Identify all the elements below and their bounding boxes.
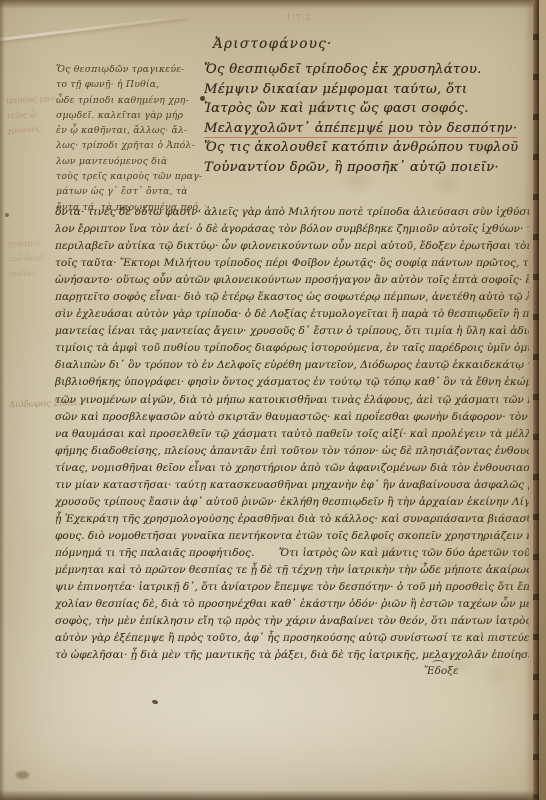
scholia-line: ψιν ἐπινοητέα· ἰατρικῇ δ᾽, ὅτι ἀνίατρον … <box>55 579 529 596</box>
scholia-line: μαντείας ἰέναι τὰς μαντείας ἄγειν· χρυσο… <box>55 323 529 340</box>
page-bottom-edge <box>0 790 546 800</box>
scholia-line: πόμνημά τι τῆς παλαιᾶς προφήτιδος. Ὅτι ἰ… <box>55 545 529 562</box>
ink-speck <box>151 699 158 705</box>
page-left-edge <box>0 0 5 800</box>
scholia-line: μέμνηται καὶ τὸ πρῶτον θεσπίας τε ᾗ δὲ τ… <box>55 562 529 579</box>
faded-red-marginalia-mid: χρησμοὶ τοῦ θεοῦ πυθίας <box>7 235 44 281</box>
page-title: Ἀριστοφάνους· <box>213 36 333 52</box>
margin-note-line: ἐν ᾧ καθῆνται, ἄλλως· ἄλ- <box>56 123 206 138</box>
scholia-line: ὠνήσαντο· οὕτως οὖν αὐτῶν φιλονεικούντων… <box>55 272 529 289</box>
scholia-line: τῶν γινομένων αἰγῶν, διὰ τὸ μήπω κατοικι… <box>55 392 529 409</box>
margin-note-line: Ὅς θεσπιῳδῶν τραγικεύε- <box>56 62 206 77</box>
scholia-line: τοῖς ταῦτα· Ἕκτορι Μιλήτου τρίποδος πέρι… <box>55 255 529 272</box>
margin-note-line: λως· τρίποδι χρῆται ὁ Ἀπόλ- <box>56 138 206 153</box>
scholia-line: σῶν καὶ προσβλεψασῶν αὐτὸ σκιρτᾶν θαυμασ… <box>55 409 529 426</box>
scholia-line: παρῃτεῖτο σοφὸς εἶναι· διὸ τῷ ἑτέρῳ ἕκασ… <box>55 289 529 306</box>
pencil-mark: 1.7.2 <box>286 13 311 22</box>
manuscript-page: 1.7.2 Ἀριστοφάνους· Ὅς θεσπιῳδῶν τραγικε… <box>0 0 546 800</box>
page-top-edge <box>0 0 546 9</box>
scholia-line: χρυσοῦς τρίπους ἔασιν ἀφ᾽ αὑτοῦ ῥινῶν· ἐ… <box>55 494 529 511</box>
faded-note-line: χρυσοῦς <box>6 121 59 139</box>
margin-note-line: μάτων ὡς γ᾽ ἔστ᾽ ὄντα, τὰ <box>56 184 206 199</box>
scholia-line: χολίαν θεσπίας δὲ, διὰ τὸ προσηνέχθαι κα… <box>55 596 529 613</box>
catchword-flourish-mark <box>432 660 444 666</box>
scholia-line: να θαυμάσαι καὶ προσελθεῖν τῷ χάσματι τα… <box>55 426 529 443</box>
margin-note-line: σμῳδεῖ. καλεῖται γὰρ μήρ <box>56 108 206 123</box>
verse-line: Μέμψιν δικαίαν μέμφομαι ταύτω, ὅτι <box>204 80 534 100</box>
catchword: Ἔδοξε <box>424 665 459 677</box>
scholia-line: τιν μίαν καταστῆσαι· ταύτῃ κατασκευασθῆν… <box>55 477 529 494</box>
verse-line: Τοὐναντίον δρῶν, ἢ προσῆκ᾽ αὐτῷ ποιεῖν· <box>204 158 534 178</box>
scholia-line: βιβλιοθήκης ὑπογράφει· φησὶν ὄντος χάσμα… <box>55 374 529 391</box>
margin-note-line: το τῇ φωνῇ· ἡ Πυθία, <box>56 77 206 92</box>
catchword-text: Ἔδοξε <box>424 665 459 677</box>
margin-note-line: τοὺς τρεῖς καιροὺς τῶν πραγ- <box>56 169 206 184</box>
scholia-line: τιμίοις τὰ ἀμφὶ τοῦ πυθίου τρίποδος διαφ… <box>55 340 529 357</box>
verse-line: Ὅς τις ἀκολουθεῖ κατόπιν ἀνθρώπου τυφλοῦ <box>204 138 534 158</box>
scholia-line: τὸ ὠφελῆσαι· ᾗ διὰ μὲν τῆς μαντικῆς τὰ ῥ… <box>55 647 529 664</box>
faded-note-line: πυθίας <box>8 265 44 281</box>
verse-block: Ὅς θεσπιῳδεῖ τρίποδος ἐκ χρυσηλάτου. Μέμ… <box>204 60 534 177</box>
verse-line: Ἰατρὸς ὢν καὶ μάντις ὥς φασι σοφός. <box>204 99 534 119</box>
scholia-line: αὐτὸν γὰρ ἐξέπεμψε ἢ πρὸς τοῦτο, ἀφ᾽ ἧς … <box>55 630 529 647</box>
verse-line-red-underlined: Μελαγχολῶντ᾽ ἀπέπεμψέ μου τὸν δεσπότην· <box>204 119 534 139</box>
red-underline: Μελαγχολῶντ᾽ ἀπέπεμψέ μου τὸν δεσπότην· <box>204 120 517 138</box>
scholia-line: λον ἔρριπτον ἵνα τὸν ἀεί· ὁ δὲ ἀγοράσας … <box>55 221 529 238</box>
scholia-line: σοφὸς, τὴν μὲν ἐπίκλησιν εἴη τῷ πρὸς τὴν… <box>55 613 529 630</box>
stain-spot <box>16 771 29 779</box>
faded-note-line: τοῦ θεοῦ <box>8 250 44 266</box>
scholia-line: διαλιπὼν δι᾽ ὃν τρόπον τὸ ἐν Δελφοῖς εὑρ… <box>55 357 529 374</box>
scholia-line: φους. διὸ νομοθετῆσαι γυναῖκα πεντήκοντα… <box>55 528 529 545</box>
verse-line: Ὅς θεσπιῳδεῖ τρίποδος ἐκ χρυσηλάτου. <box>204 60 534 80</box>
scholia-line: τίνας, νομισθῆναι θεῖον εἶναι τὸ χρηστήρ… <box>55 460 529 477</box>
scholia-line: περιλαβεῖν αὐτίκα τῷ δικτύῳ· ὧν φιλονεικ… <box>55 238 529 255</box>
ink-speck <box>5 213 9 217</box>
faded-note-line: χρησμοὶ <box>7 235 43 251</box>
scholia-block: ὄντα· τινὲς δὲ οὕτω φασὶν· ἁλιεῖς γὰρ ἀπ… <box>55 204 529 664</box>
scholia-line: σὶν ἐχλευάσαι αὐτὸν γὰρ τρίποδα· ὁ δὲ Λο… <box>55 306 529 323</box>
handwritten-margin-note: Ὅς θεσπιῳδῶν τραγικεύε- το τῇ φωνῇ· ἡ Πυ… <box>56 62 206 215</box>
faded-note-line: τρίπους μαν- <box>5 91 58 109</box>
faded-red-marginalia-top: τρίπους μαν- τεῖος ᾧ χρυσοῦς <box>5 91 60 139</box>
underlying-page-edges <box>539 0 546 800</box>
scholia-line: ᾗ Ἐχεκράτη τῆς χρησμολογούσης ἐρασθῆναι … <box>55 511 529 528</box>
margin-note-line: ὧδε τρίποδι καθημένη χρη- <box>56 93 206 108</box>
margin-note-line: λων μαντευόμενος διὰ <box>56 154 206 169</box>
paper-crease <box>0 15 186 42</box>
scholia-line: ὄντα· τινὲς δὲ οὕτω φασὶν· ἁλιεῖς γὰρ ἀπ… <box>55 204 529 221</box>
scholia-line: φήμης διαδοθείσης, πλείους ἀπαντᾶν ἐπὶ τ… <box>55 443 529 460</box>
